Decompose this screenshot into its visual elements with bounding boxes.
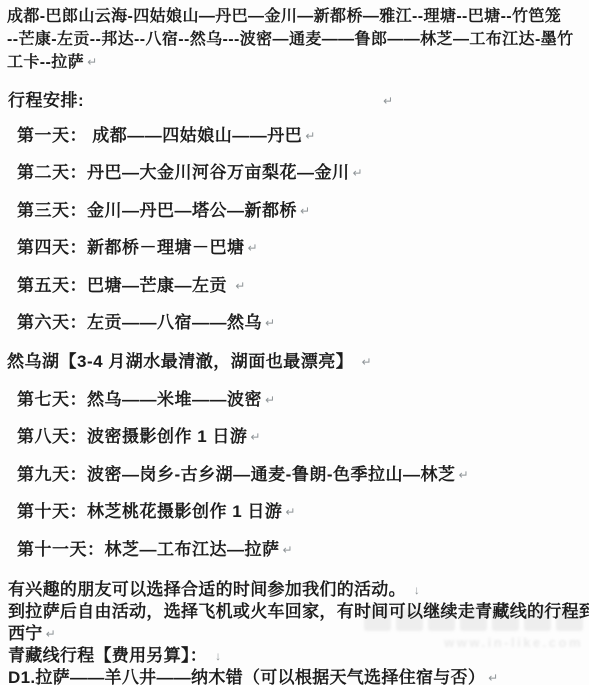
- itinerary-day-row: 第八天：波密摄影创作 1 日游↵: [17, 428, 589, 446]
- note-text: 然乌湖【3-4 月湖水最清澈，湖面也最漂亮】: [7, 352, 359, 371]
- document-content: 成都-巴郎山云海-四姑娘山—丹巴—金川—新都桥—雅江--理塘--巴塘--竹笆笼 …: [0, 0, 589, 685]
- itinerary-day-row: 第十天：林芝桃花摄影创作 1 日游↵: [17, 503, 589, 521]
- section-heading-text: 行程安排:: [8, 91, 84, 110]
- paragraph-mark-icon: ↵: [265, 393, 276, 407]
- paragraph-mark-icon: ↵: [265, 316, 276, 330]
- route-overview-line-text: 工卡--拉萨: [7, 54, 84, 71]
- day-text: 第十天：林芝桃花摄影创作 1 日游: [17, 502, 282, 521]
- free-day-line: 到拉萨后自由活动，选择飞机或火车回家，有时间可以继续走青藏线的行程到: [8, 601, 589, 623]
- day-text: 第九天：波密—岗乡-古乡湖—通麦-鲁朗-色季拉山—林芝: [17, 465, 455, 484]
- day-text: 第一天： 成都——四姑娘山——丹巴: [17, 126, 302, 145]
- route-overview-paragraph: 成都-巴郎山云海-四姑娘山—丹巴—金川—新都桥—雅江--理塘--巴塘--竹笆笼 …: [0, 0, 589, 75]
- paragraph-mark-icon: ↵: [353, 166, 364, 180]
- linebreak-mark-icon: ↓: [414, 583, 420, 597]
- itinerary-day-row: 第十一天：林芝—工布江达—拉萨↵: [17, 541, 589, 559]
- ranwu-lake-note: 然乌湖【3-4 月湖水最清澈，湖面也最漂亮】 ↵: [7, 353, 589, 371]
- linebreak-mark-icon: ↓: [215, 649, 221, 663]
- paragraph-mark-icon: ↵: [250, 430, 261, 444]
- itinerary-day-row: 第五天：巴塘—芒康—左贡 ↵: [17, 277, 589, 295]
- day-text: 第七天：然乌——米堆——波密: [17, 390, 262, 409]
- paragraph-mark-icon: ↵: [383, 92, 394, 111]
- qinghai-heading-line: 青藏线行程【费用另算】： ↓: [8, 645, 589, 667]
- day-text: 第六天：左贡——八宿——然乌: [17, 313, 262, 332]
- paragraph-mark-icon: ↵: [46, 627, 56, 641]
- qinghai-d1-line: D1.拉萨——羊八井——纳木错（可以根据天气选择住宿与否）↵: [8, 667, 589, 685]
- itinerary-day-row: 第七天：然乌——米堆——波密↵: [17, 391, 589, 409]
- day-text: 第十一天：林芝—工布江达—拉萨: [17, 540, 280, 559]
- section-heading: 行程安排: ↵: [8, 91, 589, 110]
- join-note-line: 有兴趣的朋友可以选择合适的时间参加我们的活动。 ↓: [8, 579, 589, 601]
- route-overview-line: 工卡--拉萨↵: [7, 51, 587, 75]
- day-text: 第四天：新都桥－理塘－巴塘: [17, 238, 245, 257]
- itinerary-day-row: 第四天：新都桥－理塘－巴塘↵: [17, 239, 589, 257]
- join-note-text: 有兴趣的朋友可以选择合适的时间参加我们的活动。: [8, 580, 411, 599]
- paragraph-mark-icon: ↵: [305, 129, 316, 143]
- paragraph-mark-icon: ↵: [488, 671, 498, 685]
- itinerary-day-row: 第九天：波密—岗乡-古乡湖—通麦-鲁朗-色季拉山—林芝↵: [17, 466, 589, 484]
- qinghai-d1-text: D1.拉萨——羊八井——纳木错（可以根据天气选择住宿与否）: [8, 668, 485, 685]
- itinerary-day-row: 第六天：左贡——八宿——然乌↵: [17, 314, 589, 332]
- paragraph-mark-icon: ↵: [285, 505, 296, 519]
- day-text: 第五天：巴塘—芒康—左贡: [17, 276, 232, 295]
- route-overview-line: 成都-巴郎山云海-四姑娘山—丹巴—金川—新都桥—雅江--理塘--巴塘--竹笆笼: [7, 6, 587, 29]
- paragraph-mark-icon: ↵: [300, 204, 311, 218]
- paragraph-mark-icon: ↵: [362, 355, 373, 369]
- free-day-text: 西宁: [8, 624, 43, 643]
- paragraph-mark-icon: ↵: [87, 55, 97, 69]
- free-day-line: 西宁↵: [8, 623, 589, 645]
- day-text: 第二天：丹巴—大金川河谷万亩梨花—金川: [17, 163, 350, 182]
- paragraph-mark-icon: ↵: [248, 241, 259, 255]
- day-text: 第八天：波密摄影创作 1 日游: [17, 427, 247, 446]
- qinghai-heading-text: 青藏线行程【费用另算】：: [8, 646, 212, 665]
- itinerary-day-row: 第三天：金川—丹巴—塔公—新都桥↵: [17, 202, 589, 220]
- day-text: 第三天：金川—丹巴—塔公—新都桥: [17, 201, 297, 220]
- closing-block: 有兴趣的朋友可以选择合适的时间参加我们的活动。 ↓ 到拉萨后自由活动，选择飞机或…: [8, 579, 589, 685]
- paragraph-mark-icon: ↵: [458, 468, 469, 482]
- itinerary-day-row: 第一天： 成都——四姑娘山——丹巴↵: [17, 127, 589, 145]
- document-page: www.in-like.com 成都-巴郎山云海-四姑娘山—丹巴—金川—新都桥—…: [0, 0, 589, 685]
- paragraph-mark-icon: ↵: [235, 279, 246, 293]
- route-overview-line: --芒康-左贡--邦达--八宿--然乌---波密—通麦——鲁郎——林芝—工布江达…: [7, 29, 587, 52]
- paragraph-mark-icon: ↵: [283, 543, 294, 557]
- itinerary-day-row: 第二天：丹巴—大金川河谷万亩梨花—金川↵: [17, 164, 589, 182]
